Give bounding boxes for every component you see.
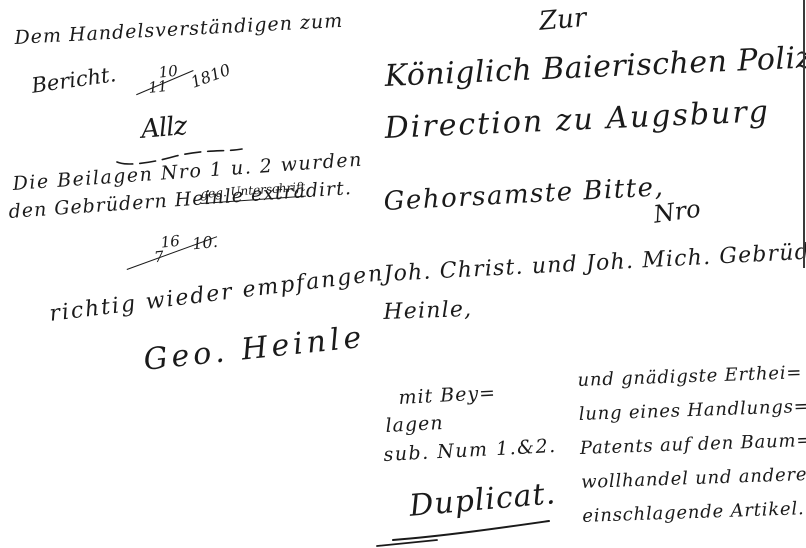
receipt-signature: Geo. Heinle [142,321,367,379]
manuscript-page: Dem Handelsverständigen zum Bericht. 10 … [0,0,806,548]
official-paraph: Allz [140,112,188,146]
petitioners-line1: Joh. Christ. und Joh. Mich. Gebrüder [383,238,806,287]
enclosure-line3: sub. Num 1.&2. [383,436,557,467]
petition-title: Gehorsamste Bitte, [383,173,665,218]
referral-date: 10 11 1810 [146,57,233,97]
petitioners-line2: Heinle, [383,297,473,325]
duplicate-underline-flourish [375,516,557,548]
request-line: einschlagende Artikel. [582,492,806,534]
address-line1: Königlich Baierischen Polizey= [384,39,806,95]
receipt-note-line: richtig wieder empfangen [48,261,386,327]
request-text-block: und gnädigste Erthei= lung eines Handlun… [577,356,806,534]
extradition-date-fraction: 16 7 [148,233,182,268]
referral-note-line2: Bericht. [30,62,118,98]
referral-date-year: 1810 [189,61,234,92]
referral-note-line1: Dem Handelsverständigen zum [14,11,344,50]
extradition-date: 16 7 10. [148,229,220,268]
address-salutation: Zur [538,4,588,38]
scan-edge-artifact [803,0,805,268]
enclosure-line2: lagen [385,413,444,438]
referral-date-fraction: 10 11 [146,63,180,98]
address-line2: Direction zu Augsburg [384,95,771,146]
number-label: Nro [652,195,702,229]
enclosure-line1: mit Bey= [398,383,497,410]
